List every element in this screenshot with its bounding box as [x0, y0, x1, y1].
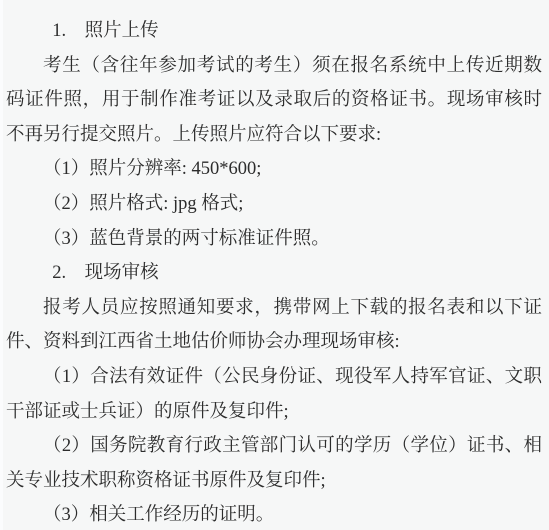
para-photo-upload-intro: 考生（含往年参加考试的考生）须在报名系统中上传近期数码证件照，用于制作准考证以及…: [6, 49, 542, 153]
item-photo-resolution: （1）照片分辨率: 450*600;: [6, 152, 542, 187]
para-onsite-review-intro: 报考人员应按照通知要求，携带网上下载的报名表和以下证件、资料到江西省土地估价师协…: [6, 291, 542, 360]
item-work-experience-proof: （3）相关工作经历的证明。: [6, 498, 542, 530]
item-education-certificates: （2）国务院教育行政主管部门认可的学历（学位）证书、相关专业技术职称资格证书原件…: [6, 429, 542, 498]
scan-edge: [0, 0, 3, 530]
item-photo-background: （3）蓝色背景的两寸标准证件照。: [6, 222, 542, 257]
heading-photo-upload: 1. 照片上传: [6, 14, 542, 49]
heading-onsite-review: 2. 现场审核: [6, 256, 542, 291]
item-photo-format: （2）照片格式: jpg 格式;: [6, 187, 542, 222]
document-page: 1. 照片上传 考生（含往年参加考试的考生）须在报名系统中上传近期数码证件照，用…: [0, 0, 549, 530]
item-valid-id-documents: （1）合法有效证件（公民身份证、现役军人持军官证、文职干部证或士兵证）的原件及复…: [6, 360, 542, 429]
